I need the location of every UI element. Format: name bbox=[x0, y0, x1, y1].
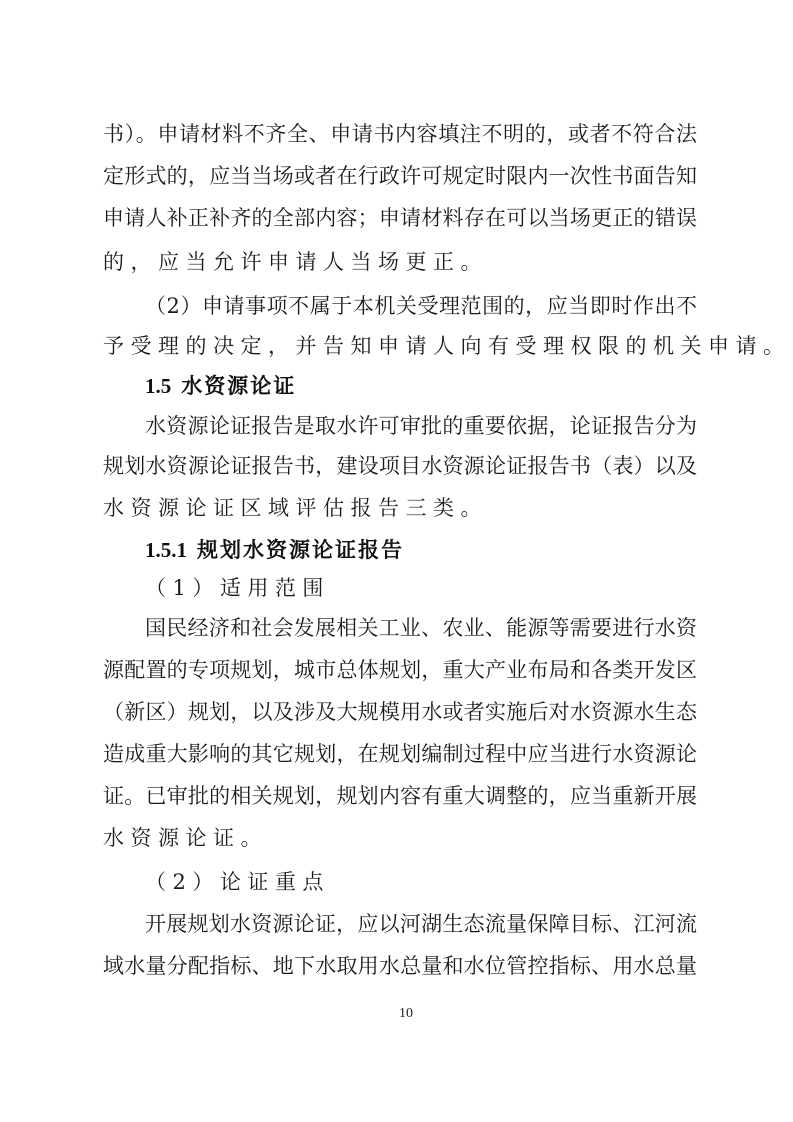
body-text-line: 申请人补正补齐的全部内容；申请材料存在可以当场更正的错误 bbox=[103, 202, 697, 234]
section-title: 水资源论证 bbox=[181, 373, 296, 398]
body-text-line: 源配置的专项规划，城市总体规划，重大产业布局和各类开发区 bbox=[103, 654, 697, 686]
section-number: 1.5.1 bbox=[145, 538, 187, 562]
body-text-line: 定形式的，应当当场或者在行政许可规定时限内一次性书面告知 bbox=[103, 160, 697, 192]
body-text-line: （2）申请事项不属于本机关受理范围的，应当即时作出不 bbox=[145, 290, 697, 322]
body-text-line: （新区）规划，以及涉及大规模用水或者实施后对水资源水生态 bbox=[103, 696, 697, 728]
body-text-line: 的，应当允许申请人当场更正。 bbox=[103, 246, 697, 278]
body-text-line: 予受理的决定，并告知申请人向有受理权限的机关申请。 bbox=[103, 330, 697, 362]
body-text-line: 书）。申请材料不齐全、申请书内容填注不明的，或者不符合法 bbox=[103, 118, 697, 150]
subsection-label: （1）适用范围 bbox=[145, 572, 697, 604]
section-title: 规划水资源论证报告 bbox=[197, 537, 404, 562]
section-heading-1-5: 1.5水资源论证 bbox=[145, 370, 296, 402]
body-text-line: 规划水资源论证报告书，建设项目水资源论证报告书（表）以及 bbox=[103, 450, 697, 482]
body-text-line: 水资源论证报告是取水许可审批的重要依据，论证报告分为 bbox=[145, 410, 697, 442]
page-number: 10 bbox=[386, 1006, 426, 1022]
subsection-label: （2）论证重点 bbox=[145, 866, 697, 898]
body-text-line: 证。已审批的相关规划，规划内容有重大调整的，应当重新开展 bbox=[103, 780, 697, 812]
section-number: 1.5 bbox=[145, 374, 171, 398]
body-text-line: 水资源论证区域评估报告三类。 bbox=[103, 492, 697, 524]
section-heading-1-5-1: 1.5.1规划水资源论证报告 bbox=[145, 534, 404, 566]
document-page: 书）。申请材料不齐全、申请书内容填注不明的，或者不符合法 定形式的，应当当场或者… bbox=[0, 0, 793, 1122]
body-text-line: 水资源论证。 bbox=[103, 822, 697, 854]
body-text-line: 域水量分配指标、地下水取用水总量和水位管控指标、用水总量 bbox=[103, 950, 697, 982]
body-text-line: 开展规划水资源论证，应以河湖生态流量保障目标、江河流 bbox=[145, 908, 697, 940]
body-text-line: 国民经济和社会发展相关工业、农业、能源等需要进行水资 bbox=[145, 612, 697, 644]
body-text-line: 造成重大影响的其它规划，在规划编制过程中应当进行水资源论 bbox=[103, 738, 697, 770]
